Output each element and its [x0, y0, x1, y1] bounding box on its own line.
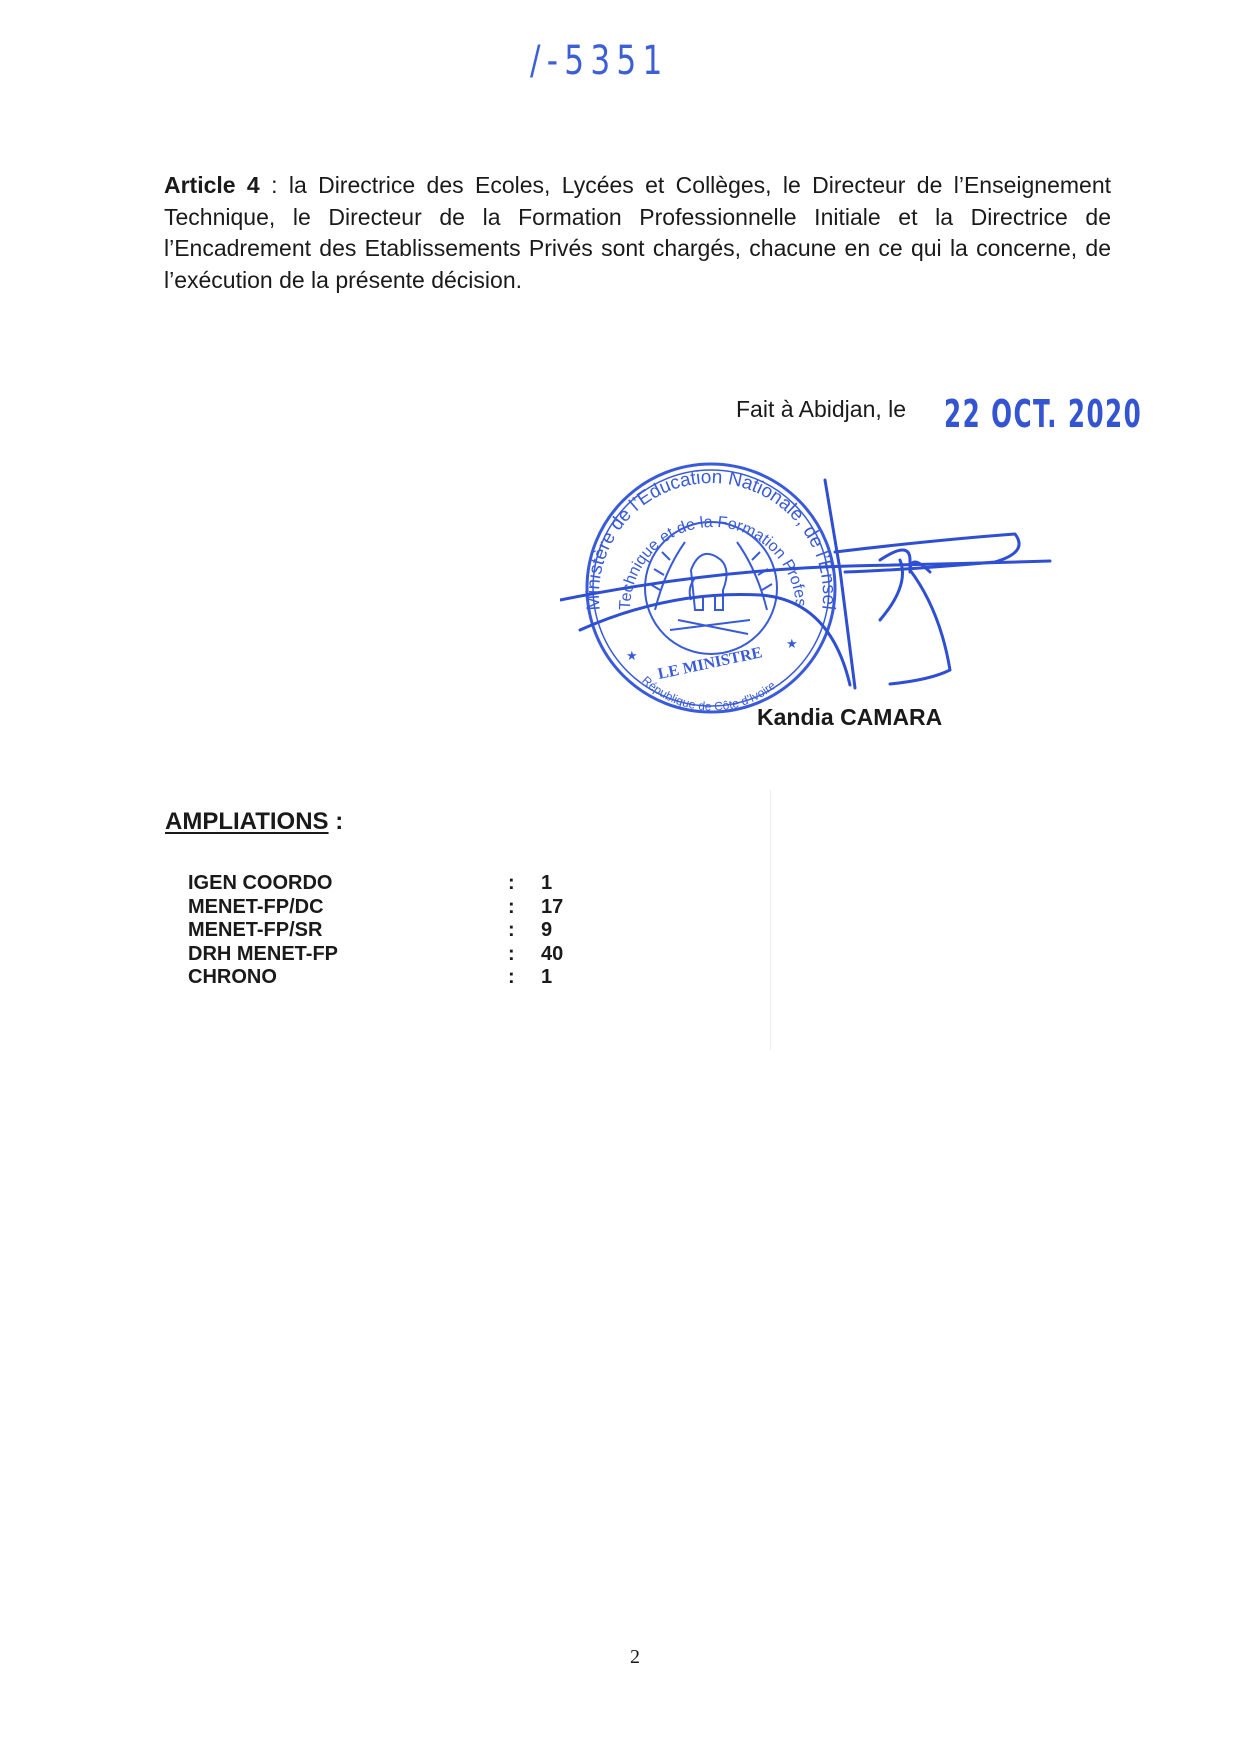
- elephant-emblem-icon: [650, 542, 772, 634]
- ampliation-colon: :: [508, 872, 515, 895]
- ampliations-colon: :: [329, 808, 344, 835]
- star-icon: ★: [626, 648, 638, 663]
- ampliation-row: IGEN COORDO:1: [188, 872, 588, 896]
- ampliations-heading: AMPLIATIONS :: [165, 808, 343, 836]
- ampliation-row: MENET-FP/DC:17: [188, 896, 588, 920]
- place-line: Fait à Abidjan, le: [736, 396, 906, 423]
- ampliation-colon: :: [508, 896, 515, 919]
- reference-number-stamp: /-5351: [530, 38, 669, 84]
- ampliations-list: IGEN COORDO:1 MENET-FP/DC:17 MENET-FP/SR…: [188, 872, 588, 990]
- ampliation-count: 40: [541, 943, 563, 966]
- date-stamp: 22 OCT. 2020: [944, 392, 1142, 436]
- ampliation-count: 1: [541, 966, 552, 989]
- ampliation-colon: :: [508, 919, 515, 942]
- ampliation-row: CHRONO:1: [188, 966, 588, 990]
- ampliation-row: DRH MENET-FP:40: [188, 943, 588, 967]
- ampliations-title: AMPLIATIONS: [165, 808, 329, 835]
- signatory-name: Kandia CAMARA: [757, 704, 942, 731]
- article-separator: :: [260, 172, 289, 198]
- star-icon: ★: [786, 636, 798, 651]
- ampliation-colon: :: [508, 943, 515, 966]
- scan-artifact-line: [770, 790, 771, 1050]
- seal-title: LE MINISTRE: [656, 644, 763, 683]
- ampliation-recipient: MENET-FP/DC: [188, 896, 324, 919]
- ampliation-count: 17: [541, 896, 563, 919]
- ampliation-recipient: MENET-FP/SR: [188, 919, 322, 942]
- ampliation-recipient: IGEN COORDO: [188, 872, 332, 895]
- article-text: la Directrice des Ecoles, Lycées et Coll…: [164, 172, 1111, 293]
- article-label: Article 4: [164, 172, 260, 198]
- ampliation-recipient: CHRONO: [188, 966, 277, 989]
- ampliation-row: MENET-FP/SR:9: [188, 919, 588, 943]
- page-number: 2: [630, 1646, 640, 1669]
- ampliation-count: 1: [541, 872, 552, 895]
- ampliation-colon: :: [508, 966, 515, 989]
- ampliation-recipient: DRH MENET-FP: [188, 943, 338, 966]
- ampliation-count: 9: [541, 919, 552, 942]
- official-seal: Ministère de l’Education Nationale, de l…: [560, 460, 1100, 720]
- article-4: Article 4 : la Directrice des Ecoles, Ly…: [164, 170, 1111, 296]
